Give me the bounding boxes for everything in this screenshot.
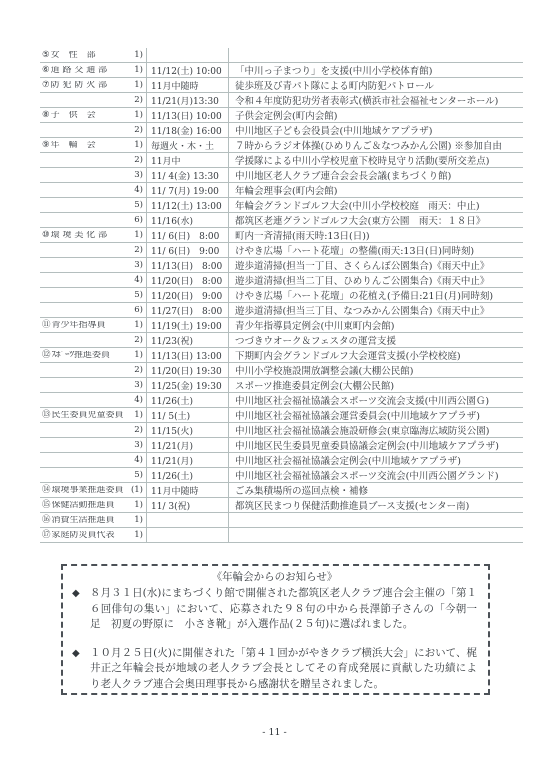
description-cell bbox=[229, 528, 523, 542]
description-cell: 中川地区子ども会役員会(中川地域ケアプラザ) bbox=[229, 123, 523, 137]
description-cell: つづきウオーク＆フェスタの運営支援 bbox=[229, 333, 523, 347]
table-row: 4)11/26(土)中川地区社会福祉協議会スポーツ交流会支援(中川西公園Ｇ) bbox=[40, 393, 523, 408]
item-number: 1) bbox=[134, 66, 143, 75]
item-number: 3) bbox=[134, 261, 143, 270]
table-row: ⑭環境事業推進委員(1)11月中随時ごみ集積場所の巡回点検・補修 bbox=[40, 483, 523, 498]
date-cell: 11/12(土) 10:00 bbox=[146, 63, 229, 77]
date-cell: 11/ 4(金) 13:30 bbox=[146, 168, 229, 182]
item-number: 1) bbox=[134, 501, 143, 510]
date-cell: 11/20(日) 19:30 bbox=[146, 363, 229, 377]
item-number: 3) bbox=[134, 381, 143, 390]
item-number: (1) bbox=[131, 486, 143, 495]
group-cell: ⑭環境事業推進委員(1) bbox=[40, 483, 146, 497]
item-number: 6) bbox=[134, 216, 143, 225]
notice-bullet-text: １０月２５日(火)に開催された「第４１回かがやきクラブ横浜大会」において、梶井正… bbox=[90, 646, 477, 693]
table-row: ⑩環 境 美 化 部1)11/ 6(日) 8:00町内一斉清掃(雨天時:13日(… bbox=[40, 228, 523, 243]
item-number: 4) bbox=[134, 456, 143, 465]
table-row: 3)11/ 4(金) 13:30中川地区老人クラブ連合会会長会議(まちづくり館) bbox=[40, 168, 523, 183]
date-cell: 11/16(水) bbox=[146, 213, 229, 227]
table-row: 2)11/23(祝)つづきウオーク＆フェスタの運営支援 bbox=[40, 333, 523, 348]
item-number: 6) bbox=[134, 306, 143, 315]
item-number: 1) bbox=[134, 51, 143, 60]
group-number-badge: ⑩ bbox=[42, 231, 50, 240]
table-row: 2)11/ 6(日) 9:00けやき広場「ハート花壇」の整備(雨天:13日(日)… bbox=[40, 243, 523, 258]
item-number: 3) bbox=[134, 171, 143, 180]
table-row: 4)11/21(月)中川地区社会福祉協議会定例会(中川地域ケアプラザ) bbox=[40, 453, 523, 468]
group-name: 道 路 交 通 部 bbox=[51, 66, 133, 75]
date-cell: 毎週火・木・土 bbox=[146, 138, 229, 152]
group-cell: 3) bbox=[40, 438, 146, 452]
item-number: 2) bbox=[134, 336, 143, 345]
date-cell: 11/15(火) bbox=[146, 423, 229, 437]
page-number: - 11 - bbox=[0, 727, 549, 738]
description-cell: スポーツ推進委員定例会(大棚公民館) bbox=[229, 378, 523, 392]
table-row: 4)11/20(日) 8:00遊歩道清掃(担当二丁目、ひめりんご公園集合)《雨天… bbox=[40, 273, 523, 288]
group-cell: ⑦防 犯 防 火 部1) bbox=[40, 78, 146, 92]
group-number-badge: ⑤ bbox=[42, 51, 50, 60]
item-number: 5) bbox=[134, 201, 143, 210]
schedule-table: ⑤女 性 部1)⑥道 路 交 通 部1)11/12(土) 10:00「中川っ子ま… bbox=[40, 48, 523, 543]
group-number-badge: ⑫ bbox=[42, 351, 51, 360]
description-cell: 青少年指導員定例会(中川東町内会館) bbox=[229, 318, 523, 332]
group-number-badge: ⑪ bbox=[42, 321, 51, 330]
group-number-badge: ⑮ bbox=[42, 501, 51, 510]
description-cell: 中川地区社会福祉協議会スポーツ交流会支援(中川西公園Ｇ) bbox=[229, 393, 523, 407]
group-cell: ⑩環 境 美 化 部1) bbox=[40, 228, 146, 242]
group-cell: ⑯消費生活推進員1) bbox=[40, 513, 146, 527]
group-cell: ⑥道 路 交 通 部1) bbox=[40, 63, 146, 77]
date-cell: 11/ 3(祝) bbox=[146, 498, 229, 512]
table-row: 6)11/27(日) 8:00遊歩道清掃(担当三丁目、なつみかん公園集合)《雨天… bbox=[40, 303, 523, 318]
group-cell: 3) bbox=[40, 258, 146, 272]
group-number-badge: ⑨ bbox=[42, 141, 50, 150]
group-number-badge: ⑯ bbox=[42, 516, 51, 525]
item-number: 2) bbox=[134, 426, 143, 435]
date-cell: 11/ 7(月) 19:00 bbox=[146, 183, 229, 197]
table-row: 3)11/21(月)中川地区民生委員児童委員協議会定例会(中川地域ケアプラザ) bbox=[40, 438, 523, 453]
group-name: 保健活動推進員 bbox=[52, 501, 133, 510]
table-row: 2)11/20(日) 19:30中川小学校施設開放調整会議(大棚公民館) bbox=[40, 363, 523, 378]
item-number: 4) bbox=[134, 186, 143, 195]
item-number: 3) bbox=[134, 441, 143, 450]
group-number-badge: ⑭ bbox=[42, 486, 51, 495]
description-cell: 都筑区民まつり保健活動推進員ブース支援(センター南) bbox=[229, 498, 523, 512]
group-cell: ⑫ｽﾎﾟｰﾂ推進委員1) bbox=[40, 348, 146, 362]
item-number: 2) bbox=[134, 96, 143, 105]
table-row: ⑨年 輪 会1)毎週火・木・土７時からラジオ体操(ひめりんご＆なつみかん公園) … bbox=[40, 138, 523, 153]
description-cell: 子供会定例会(町内会館) bbox=[229, 108, 523, 122]
item-number: 2) bbox=[134, 366, 143, 375]
group-name: ｽﾎﾟｰﾂ推進委員 bbox=[52, 351, 133, 360]
table-row: 5)11/12(土) 13:00年輪会グランドゴルフ大会(中川小学校校庭 雨天：… bbox=[40, 198, 523, 213]
item-number: 1) bbox=[134, 141, 143, 150]
table-row: 2)11月中学援隊による中川小学校児童下校時見守り活動(要所交差点) bbox=[40, 153, 523, 168]
description-cell: 徒歩班及び青パト隊による町内防犯パトロール bbox=[229, 78, 523, 92]
description-cell bbox=[229, 48, 523, 62]
item-number: 1) bbox=[134, 81, 143, 90]
group-cell: 3) bbox=[40, 378, 146, 392]
item-number: 2) bbox=[134, 246, 143, 255]
item-number: 1) bbox=[134, 516, 143, 525]
table-row: ⑤女 性 部1) bbox=[40, 48, 523, 63]
table-row: ⑰家庭防災員代表1) bbox=[40, 528, 523, 543]
description-cell: けやき広場「ハート花壇」の整備(雨天:13日(日)同時刻) bbox=[229, 243, 523, 257]
description-cell: 中川地区社会福祉協議会運営委員会(中川地域ケアプラザ) bbox=[229, 408, 523, 422]
group-cell: ⑧子 供 会1) bbox=[40, 108, 146, 122]
description-cell: 年輪会理事会(町内会館) bbox=[229, 183, 523, 197]
table-row: ⑪青少年指導員1)11/19(土) 19:00青少年指導員定例会(中川東町内会館… bbox=[40, 318, 523, 333]
notice-bullet: ◆ ８月３１日(水)にまちづくり館で開催された都筑区老人クラブ連合会主催の「第１… bbox=[72, 586, 477, 633]
table-row: ⑬民生委員児童委員1)11/ 5(土)中川地区社会福祉協議会運営委員会(中川地域… bbox=[40, 408, 523, 423]
item-number: 1) bbox=[134, 411, 143, 420]
date-cell: 11/ 6(日) 8:00 bbox=[146, 228, 229, 242]
table-row: 3)11/13(日) 8:00遊歩道清掃(担当一丁目、さくらんぼ公園集合)《雨天… bbox=[40, 258, 523, 273]
table-row: ⑫ｽﾎﾟｰﾂ推進委員1)11/13(日) 13:00下期町内会グランドゴルフ大会… bbox=[40, 348, 523, 363]
description-cell: 学援隊による中川小学校児童下校時見守り活動(要所交差点) bbox=[229, 153, 523, 167]
date-cell: 11/21(月) bbox=[146, 438, 229, 452]
description-cell: 中川地区社会福祉協議会スポーツ交流会(中川西公園グランド) bbox=[229, 468, 523, 482]
table-row: 4)11/ 7(月) 19:00年輪会理事会(町内会館) bbox=[40, 183, 523, 198]
group-name: 消費生活推進員 bbox=[52, 516, 133, 525]
table-row: 5)11/26(土)中川地区社会福祉協議会スポーツ交流会(中川西公園グランド) bbox=[40, 468, 523, 483]
group-cell: 5) bbox=[40, 288, 146, 302]
description-cell: 町内一斉清掃(雨天時:13日(日)) bbox=[229, 228, 523, 242]
item-number: 5) bbox=[134, 471, 143, 480]
item-number: 1) bbox=[134, 351, 143, 360]
group-cell: 5) bbox=[40, 198, 146, 212]
group-name: 年 輪 会 bbox=[51, 141, 133, 150]
group-cell: 4) bbox=[40, 393, 146, 407]
description-cell: ７時からラジオ体操(ひめりんご＆なつみかん公園) ※参加自由 bbox=[229, 138, 523, 152]
date-cell: 11月中随時 bbox=[146, 78, 229, 92]
notice-bullet-text: ８月３１日(水)にまちづくり館で開催された都筑区老人クラブ連合会主催の「第１６回… bbox=[90, 586, 477, 633]
group-cell: 2) bbox=[40, 333, 146, 347]
description-cell: 遊歩道清掃(担当一丁目、さくらんぼ公園集合)《雨天中止》 bbox=[229, 258, 523, 272]
diamond-bullet-icon: ◆ bbox=[72, 646, 90, 693]
date-cell: 11/13(日) 13:00 bbox=[146, 348, 229, 362]
group-number-badge: ⑦ bbox=[42, 81, 50, 90]
description-cell: 遊歩道清掃(担当三丁目、なつみかん公園集合)《雨天中止》 bbox=[229, 303, 523, 317]
group-name: 女 性 部 bbox=[51, 51, 133, 60]
group-cell: ⑬民生委員児童委員1) bbox=[40, 408, 146, 422]
description-cell: 中川地区社会福祉協議会定例会(中川地域ケアプラザ) bbox=[229, 453, 523, 467]
item-number: 1) bbox=[134, 111, 143, 120]
table-row: 2)11/21(月)13:30令和４年度防犯功労者表彰式(横浜市社会福祉センター… bbox=[40, 93, 523, 108]
table-row: ⑥道 路 交 通 部1)11/12(土) 10:00「中川っ子まつり」を支援(中… bbox=[40, 63, 523, 78]
group-cell: ⑤女 性 部1) bbox=[40, 48, 146, 62]
group-cell: ⑮保健活動推進員1) bbox=[40, 498, 146, 512]
group-cell: 2) bbox=[40, 93, 146, 107]
group-name: 防 犯 防 火 部 bbox=[51, 81, 133, 90]
date-cell: 11/ 5(土) bbox=[146, 408, 229, 422]
group-name: 子 供 会 bbox=[51, 111, 133, 120]
group-cell: 2) bbox=[40, 363, 146, 377]
description-cell bbox=[229, 513, 523, 527]
table-row: 2)11/18(金) 16:00中川地区子ども会役員会(中川地域ケアプラザ) bbox=[40, 123, 523, 138]
notice-bullet: ◆ １０月２５日(火)に開催された「第４１回かがやきクラブ横浜大会」において、梶… bbox=[72, 646, 477, 693]
date-cell: 11/ 6(日) 9:00 bbox=[146, 243, 229, 257]
group-cell: ⑪青少年指導員1) bbox=[40, 318, 146, 332]
group-cell: ⑰家庭防災員代表1) bbox=[40, 528, 146, 542]
group-cell: 2) bbox=[40, 153, 146, 167]
description-cell: ごみ集積場所の巡回点検・補修 bbox=[229, 483, 523, 497]
description-cell: 令和４年度防犯功労者表彰式(横浜市社会福祉センターホール) bbox=[229, 93, 523, 107]
group-name: 環 境 美 化 部 bbox=[51, 231, 133, 240]
table-row: ⑮保健活動推進員1)11/ 3(祝)都筑区民まつり保健活動推進員ブース支援(セン… bbox=[40, 498, 523, 513]
item-number: 4) bbox=[134, 276, 143, 285]
group-name: 環境事業推進委員 bbox=[52, 486, 129, 495]
date-cell: 11/13(日) 8:00 bbox=[146, 258, 229, 272]
description-cell: 中川地区老人クラブ連合会会長会議(まちづくり館) bbox=[229, 168, 523, 182]
item-number: 2) bbox=[134, 156, 143, 165]
date-cell: 11/27(日) 8:00 bbox=[146, 303, 229, 317]
table-row: 2)11/15(火)中川地区社会福祉協議会施設研修会(東京臨海広域防災公園) bbox=[40, 423, 523, 438]
table-row: ⑧子 供 会1)11/13(日) 10:00子供会定例会(町内会館) bbox=[40, 108, 523, 123]
date-cell: 11月中随時 bbox=[146, 483, 229, 497]
group-cell: 2) bbox=[40, 423, 146, 437]
group-cell: 3) bbox=[40, 168, 146, 182]
table-row: 5)11/20(日) 9:00けやき広場「ハート花壇」の花植え(予備日:21日(… bbox=[40, 288, 523, 303]
group-cell: 2) bbox=[40, 243, 146, 257]
group-name: 民生委員児童委員 bbox=[52, 411, 133, 420]
description-cell: 中川地区社会福祉協議会施設研修会(東京臨海広域防災公園) bbox=[229, 423, 523, 437]
item-number: 1) bbox=[134, 231, 143, 240]
item-number: 4) bbox=[134, 396, 143, 405]
description-cell: 中川地区民生委員児童委員協議会定例会(中川地域ケアプラザ) bbox=[229, 438, 523, 452]
description-cell: 「中川っ子まつり」を支援(中川小学校体育館) bbox=[229, 63, 523, 77]
date-cell: 11/12(土) 13:00 bbox=[146, 198, 229, 212]
table-row: 6)11/16(水)都筑区老連グランドゴルフ大会(東方公園 雨天：１８日》 bbox=[40, 213, 523, 228]
date-cell: 11/26(土) bbox=[146, 393, 229, 407]
date-cell: 11/13(日) 10:00 bbox=[146, 108, 229, 122]
group-number-badge: ⑰ bbox=[42, 531, 51, 540]
group-cell: ⑨年 輪 会1) bbox=[40, 138, 146, 152]
description-cell: 下期町内会グランドゴルフ大会運営支援(小学校校庭) bbox=[229, 348, 523, 362]
group-cell: 4) bbox=[40, 453, 146, 467]
group-name: 青少年指導員 bbox=[52, 321, 133, 330]
table-row: 3)11/25(金) 19:30スポーツ推進委員定例会(大棚公民館) bbox=[40, 378, 523, 393]
table-row: ⑦防 犯 防 火 部1)11月中随時徒歩班及び青パト隊による町内防犯パトロール bbox=[40, 78, 523, 93]
group-cell: 4) bbox=[40, 273, 146, 287]
description-cell: 年輪会グランドゴルフ大会(中川小学校校庭 雨天：中止) bbox=[229, 198, 523, 212]
description-cell: 中川小学校施設開放調整会議(大棚公民館) bbox=[229, 363, 523, 377]
date-cell bbox=[146, 513, 229, 527]
description-cell: けやき広場「ハート花壇」の花植え(予備日:21日(月)同時刻) bbox=[229, 288, 523, 302]
nenrinkai-notice-box: 《年輪会からのお知らせ》 ◆ ８月３１日(水)にまちづくり館で開催された都筑区老… bbox=[61, 564, 490, 695]
diamond-bullet-icon: ◆ bbox=[72, 586, 90, 633]
date-cell: 11/19(土) 19:00 bbox=[146, 318, 229, 332]
date-cell: 11/26(土) bbox=[146, 468, 229, 482]
item-number: 2) bbox=[134, 126, 143, 135]
table-row: ⑯消費生活推進員1) bbox=[40, 513, 523, 528]
description-cell: 都筑区老連グランドゴルフ大会(東方公園 雨天：１８日》 bbox=[229, 213, 523, 227]
date-cell: 11/20(日) 8:00 bbox=[146, 273, 229, 287]
group-number-badge: ⑬ bbox=[42, 411, 51, 420]
date-cell: 11/25(金) 19:30 bbox=[146, 378, 229, 392]
newsletter-page: ⑤女 性 部1)⑥道 路 交 通 部1)11/12(土) 10:00「中川っ子ま… bbox=[0, 0, 549, 776]
group-cell: 6) bbox=[40, 303, 146, 317]
item-number: 1) bbox=[134, 321, 143, 330]
date-cell bbox=[146, 48, 229, 62]
notice-title: 《年輪会からのお知らせ》 bbox=[72, 570, 477, 585]
description-cell: 遊歩道清掃(担当二丁目、ひめりんご公園集合)《雨天中止》 bbox=[229, 273, 523, 287]
date-cell: 11/23(祝) bbox=[146, 333, 229, 347]
group-name: 家庭防災員代表 bbox=[52, 531, 133, 540]
date-cell: 11月中 bbox=[146, 153, 229, 167]
group-cell: 6) bbox=[40, 213, 146, 227]
group-cell: 2) bbox=[40, 123, 146, 137]
item-number: 1) bbox=[134, 531, 143, 540]
group-cell: 4) bbox=[40, 183, 146, 197]
item-number: 5) bbox=[134, 291, 143, 300]
date-cell: 11/21(月)13:30 bbox=[146, 93, 229, 107]
group-number-badge: ⑥ bbox=[42, 66, 50, 75]
date-cell: 11/20(日) 9:00 bbox=[146, 288, 229, 302]
group-number-badge: ⑧ bbox=[42, 111, 50, 120]
date-cell bbox=[146, 528, 229, 542]
group-cell: 5) bbox=[40, 468, 146, 482]
date-cell: 11/21(月) bbox=[146, 453, 229, 467]
date-cell: 11/18(金) 16:00 bbox=[146, 123, 229, 137]
